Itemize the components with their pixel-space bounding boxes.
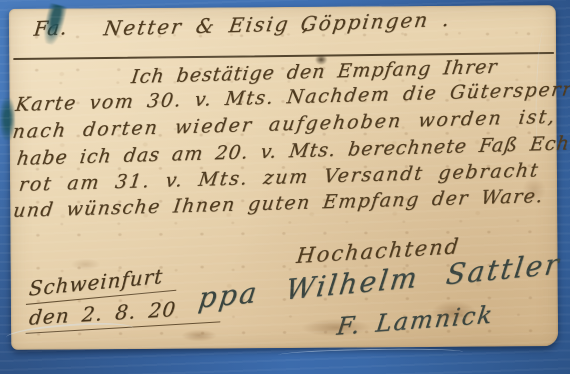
age-stain [71,258,101,270]
scan-background: Fa. Netter & Eisig , Göppingen . Ich bes… [0,0,570,374]
addressee-prefix: Fa. [33,15,69,41]
signature-countersign: F. Lamnick [335,300,496,340]
postcard: Fa. Netter & Eisig , Göppingen . Ich bes… [9,5,558,350]
addressee-name: Netter & Eisig , [102,11,313,40]
addressee-city: Göppingen . [299,7,452,36]
mat-scratch [278,347,463,359]
age-stain [181,329,217,341]
